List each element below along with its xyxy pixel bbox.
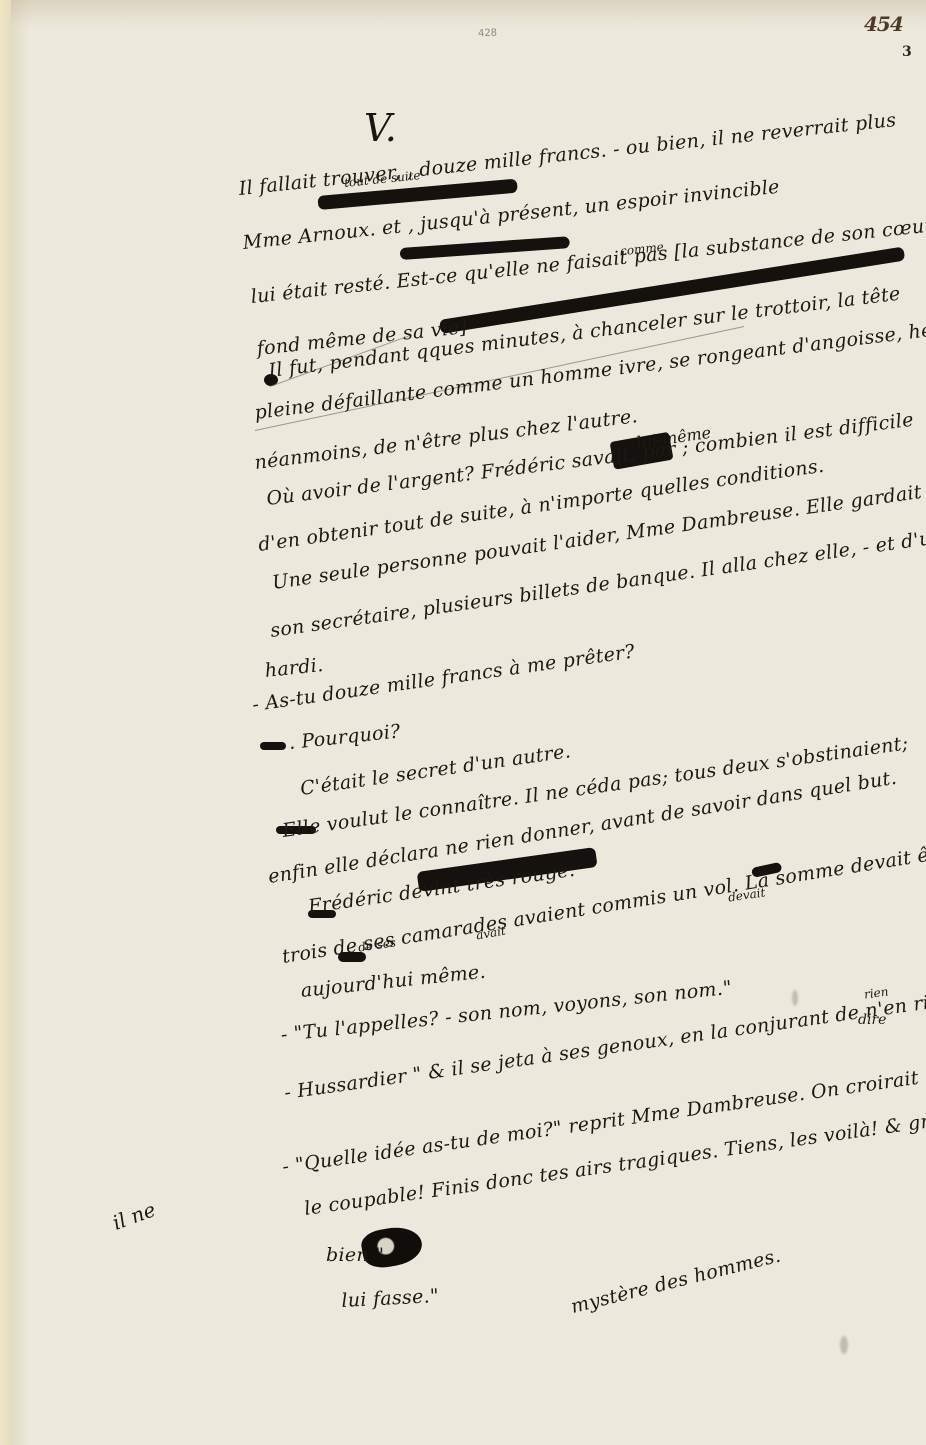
manuscript-line: aujourd'hui même.: [300, 961, 487, 1002]
margin-note: il ne: [109, 1197, 158, 1235]
manuscript-page: 428 454 3 V. Il fallait trouver, , douze…: [0, 0, 926, 1445]
deletion-stroke: [260, 742, 286, 750]
folio-pencil-number: 428: [478, 28, 497, 40]
folio-ink-number: 454: [864, 12, 903, 36]
manuscript-line: . Pourquoi?: [288, 720, 402, 754]
paper-stain: [840, 1336, 848, 1354]
interlinear-insert: dire: [858, 1012, 886, 1028]
manuscript-line: Il fallait trouver, , douze mille francs…: [238, 109, 898, 200]
chapter-heading: V.: [364, 106, 397, 150]
manuscript-line: bien ": [326, 1244, 384, 1266]
manuscript-line: mystère des hommes.: [569, 1245, 783, 1318]
page-spine-edge: [0, 0, 11, 1445]
manuscript-line: - As-tu douze mille francs à me prêter?: [251, 640, 636, 716]
folio-print-number: 3: [902, 44, 912, 60]
manuscript-line: lui fasse.": [341, 1285, 440, 1312]
manuscript-line: hardi.: [264, 654, 325, 682]
paper-stain: [792, 990, 798, 1006]
